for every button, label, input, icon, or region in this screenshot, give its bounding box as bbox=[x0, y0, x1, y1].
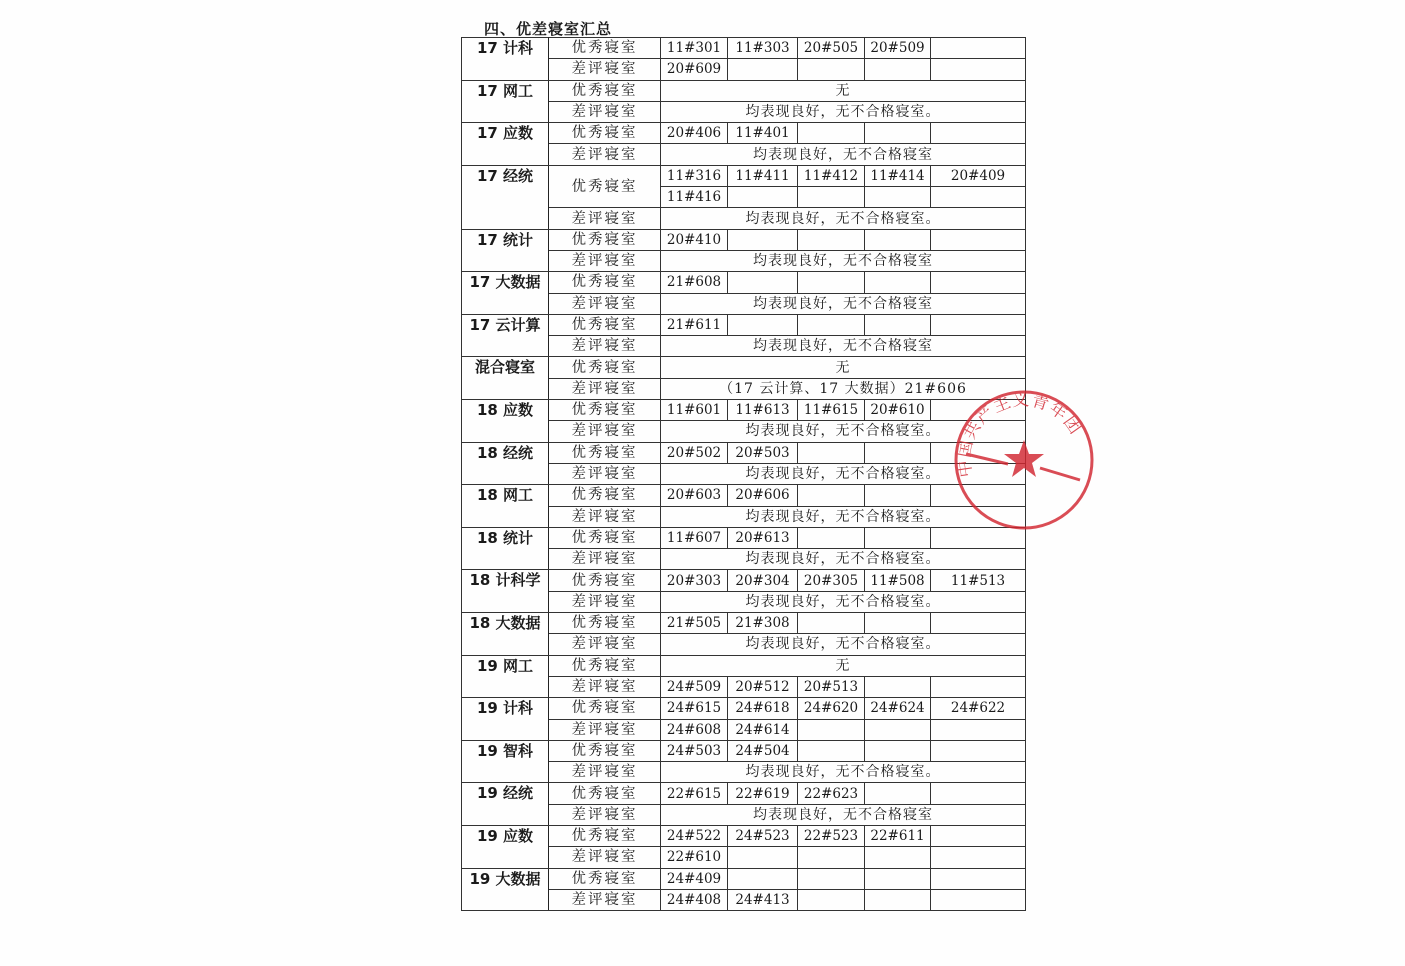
room-cell bbox=[865, 442, 931, 463]
table-row: 18 计科学优秀寝室20#30320#30420#30511#50811#513 bbox=[462, 570, 1026, 591]
class-name-cell: 18 应数 bbox=[462, 400, 549, 443]
room-cell bbox=[728, 59, 798, 80]
summary-text-cell: 均表现良好，无不合格寝室。 bbox=[661, 762, 1026, 783]
summary-text-cell: （17 云计算、17 大数据）21#606 bbox=[661, 378, 1026, 399]
room-cell: 20#603 bbox=[661, 485, 728, 506]
room-cell: 24#413 bbox=[728, 889, 798, 910]
excellent-dorm-label: 优秀寝室 bbox=[549, 38, 661, 59]
room-cell: 20#303 bbox=[661, 570, 728, 591]
poor-dorm-label: 差评寝室 bbox=[549, 336, 661, 357]
room-cell bbox=[865, 847, 931, 868]
summary-text-cell: 均表现良好，无不合格寝室 bbox=[661, 336, 1026, 357]
room-cell: 24#408 bbox=[661, 889, 728, 910]
table-row: 混合寝室优秀寝室无 bbox=[462, 357, 1026, 378]
room-cell bbox=[798, 889, 865, 910]
room-cell: 22#610 bbox=[661, 847, 728, 868]
room-cell: 11#301 bbox=[661, 38, 728, 59]
room-cell bbox=[865, 123, 931, 144]
poor-dorm-label: 差评寝室 bbox=[549, 804, 661, 825]
room-cell: 11#401 bbox=[728, 123, 798, 144]
room-cell bbox=[931, 400, 1026, 421]
class-name-cell: 19 计科 bbox=[462, 698, 549, 741]
room-cell bbox=[728, 314, 798, 335]
room-cell bbox=[931, 314, 1026, 335]
excellent-dorm-label: 优秀寝室 bbox=[549, 314, 661, 335]
room-cell: 11#615 bbox=[798, 400, 865, 421]
excellent-dorm-label: 优秀寝室 bbox=[549, 868, 661, 889]
class-name-cell: 18 统计 bbox=[462, 527, 549, 570]
table-body: 17 计科优秀寝室11#30111#30320#50520#509差评寝室20#… bbox=[462, 38, 1026, 911]
room-cell: 20#613 bbox=[728, 527, 798, 548]
room-cell: 21#611 bbox=[661, 314, 728, 335]
room-cell: 24#504 bbox=[728, 740, 798, 761]
excellent-dorm-label: 优秀寝室 bbox=[549, 527, 661, 548]
excellent-dorm-label: 优秀寝室 bbox=[549, 80, 661, 101]
poor-dorm-label: 差评寝室 bbox=[549, 463, 661, 484]
class-name-cell: 17 统计 bbox=[462, 229, 549, 272]
class-name-cell: 混合寝室 bbox=[462, 357, 549, 400]
room-cell bbox=[865, 868, 931, 889]
room-cell bbox=[798, 442, 865, 463]
room-cell bbox=[931, 485, 1026, 506]
table-row: 17 大数据优秀寝室21#608 bbox=[462, 272, 1026, 293]
room-cell: 11#607 bbox=[661, 527, 728, 548]
room-cell: 11#508 bbox=[865, 570, 931, 591]
room-cell bbox=[798, 527, 865, 548]
summary-text-cell: 均表现良好，无不合格寝室 bbox=[661, 144, 1026, 165]
summary-text-cell: 无 bbox=[661, 655, 1026, 676]
room-cell: 24#503 bbox=[661, 740, 728, 761]
room-cell: 24#522 bbox=[661, 825, 728, 846]
room-cell: 11#613 bbox=[728, 400, 798, 421]
excellent-dorm-label: 优秀寝室 bbox=[549, 165, 661, 208]
room-cell bbox=[798, 719, 865, 740]
room-cell: 11#303 bbox=[728, 38, 798, 59]
summary-text-cell: 均表现良好，无不合格寝室。 bbox=[661, 549, 1026, 570]
room-cell: 22#523 bbox=[798, 825, 865, 846]
poor-dorm-label: 差评寝室 bbox=[549, 208, 661, 229]
room-cell bbox=[865, 314, 931, 335]
room-cell: 22#611 bbox=[865, 825, 931, 846]
room-cell: 24#523 bbox=[728, 825, 798, 846]
excellent-dorm-label: 优秀寝室 bbox=[549, 123, 661, 144]
excellent-dorm-label: 优秀寝室 bbox=[549, 357, 661, 378]
room-cell: 20#406 bbox=[661, 123, 728, 144]
table-row: 19 大数据优秀寝室24#409 bbox=[462, 868, 1026, 889]
room-cell bbox=[931, 783, 1026, 804]
room-cell: 11#513 bbox=[931, 570, 1026, 591]
room-cell: 20#606 bbox=[728, 485, 798, 506]
class-name-cell: 17 经统 bbox=[462, 165, 549, 229]
class-name-cell: 17 计科 bbox=[462, 38, 549, 81]
room-cell: 22#623 bbox=[798, 783, 865, 804]
excellent-dorm-label: 优秀寝室 bbox=[549, 740, 661, 761]
poor-dorm-label: 差评寝室 bbox=[549, 421, 661, 442]
room-cell bbox=[865, 889, 931, 910]
room-cell: 11#316 bbox=[661, 165, 728, 186]
class-name-cell: 18 大数据 bbox=[462, 613, 549, 656]
poor-dorm-label: 差评寝室 bbox=[549, 59, 661, 80]
table-row: 18 经统优秀寝室20#50220#503 bbox=[462, 442, 1026, 463]
room-cell bbox=[931, 59, 1026, 80]
room-cell: 20#513 bbox=[798, 676, 865, 697]
summary-text-cell: 均表现良好，无不合格寝室。 bbox=[661, 591, 1026, 612]
room-cell: 20#305 bbox=[798, 570, 865, 591]
table-row: 18 网工优秀寝室20#60320#606 bbox=[462, 485, 1026, 506]
class-name-cell: 17 网工 bbox=[462, 80, 549, 123]
room-cell: 11#414 bbox=[865, 165, 931, 186]
excellent-dorm-label: 优秀寝室 bbox=[549, 698, 661, 719]
room-cell: 20#609 bbox=[661, 59, 728, 80]
summary-text-cell: 均表现良好，无不合格寝室 bbox=[661, 804, 1026, 825]
poor-dorm-label: 差评寝室 bbox=[549, 847, 661, 868]
room-cell bbox=[798, 272, 865, 293]
excellent-dorm-label: 优秀寝室 bbox=[549, 229, 661, 250]
room-cell bbox=[728, 229, 798, 250]
room-cell bbox=[931, 123, 1026, 144]
poor-dorm-label: 差评寝室 bbox=[549, 144, 661, 165]
summary-text-cell: 均表现良好，无不合格寝室 bbox=[661, 250, 1026, 271]
room-cell: 22#619 bbox=[728, 783, 798, 804]
room-cell bbox=[865, 719, 931, 740]
poor-dorm-label: 差评寝室 bbox=[549, 889, 661, 910]
room-cell: 11#601 bbox=[661, 400, 728, 421]
room-cell bbox=[798, 485, 865, 506]
class-name-cell: 17 大数据 bbox=[462, 272, 549, 315]
room-cell bbox=[865, 613, 931, 634]
table-row: 18 大数据优秀寝室21#50521#308 bbox=[462, 613, 1026, 634]
room-cell: 20#502 bbox=[661, 442, 728, 463]
room-cell: 20#503 bbox=[728, 442, 798, 463]
room-cell bbox=[798, 59, 865, 80]
room-cell bbox=[798, 229, 865, 250]
table-row: 18 应数优秀寝室11#60111#61311#61520#610 bbox=[462, 400, 1026, 421]
room-cell bbox=[798, 187, 865, 208]
section-heading: 四、优差寝室汇总 bbox=[484, 18, 612, 39]
room-cell: 24#409 bbox=[661, 868, 728, 889]
document-page: 四、优差寝室汇总 17 计科优秀寝室11#30111#30320#50520#5… bbox=[0, 0, 1405, 966]
summary-text-cell: 均表现良好，无不合格寝室。 bbox=[661, 421, 1026, 442]
poor-dorm-label: 差评寝室 bbox=[549, 250, 661, 271]
room-cell bbox=[865, 272, 931, 293]
class-name-cell: 18 计科学 bbox=[462, 570, 549, 613]
table-row: 17 计科优秀寝室11#30111#30320#50520#509 bbox=[462, 38, 1026, 59]
excellent-dorm-label: 优秀寝室 bbox=[549, 272, 661, 293]
room-cell bbox=[931, 38, 1026, 59]
room-cell: 21#505 bbox=[661, 613, 728, 634]
room-cell bbox=[865, 740, 931, 761]
room-cell bbox=[931, 825, 1026, 846]
room-cell bbox=[798, 740, 865, 761]
room-cell bbox=[798, 123, 865, 144]
room-cell bbox=[728, 272, 798, 293]
summary-text-cell: 均表现良好，无不合格寝室。 bbox=[661, 634, 1026, 655]
table-row: 19 计科优秀寝室24#61524#61824#62024#62424#622 bbox=[462, 698, 1026, 719]
summary-text-cell: 均表现良好，无不合格寝室 bbox=[661, 293, 1026, 314]
room-cell bbox=[931, 527, 1026, 548]
table-row: 19 智科优秀寝室24#50324#504 bbox=[462, 740, 1026, 761]
room-cell bbox=[728, 847, 798, 868]
summary-text-cell: 均表现良好，无不合格寝室。 bbox=[661, 208, 1026, 229]
room-cell bbox=[798, 868, 865, 889]
table-row: 17 云计算优秀寝室21#611 bbox=[462, 314, 1026, 335]
room-cell bbox=[931, 868, 1026, 889]
room-cell: 11#416 bbox=[661, 187, 728, 208]
room-cell: 24#618 bbox=[728, 698, 798, 719]
room-cell bbox=[931, 719, 1026, 740]
room-cell bbox=[728, 868, 798, 889]
room-cell: 24#608 bbox=[661, 719, 728, 740]
room-cell bbox=[798, 847, 865, 868]
summary-text-cell: 均表现良好，无不合格寝室。 bbox=[661, 506, 1026, 527]
table-row: 19 网工优秀寝室无 bbox=[462, 655, 1026, 676]
poor-dorm-label: 差评寝室 bbox=[549, 293, 661, 314]
room-cell: 11#412 bbox=[798, 165, 865, 186]
table-row: 17 经统优秀寝室11#31611#41111#41211#41420#409 bbox=[462, 165, 1026, 186]
room-cell: 21#308 bbox=[728, 613, 798, 634]
poor-dorm-label: 差评寝室 bbox=[549, 762, 661, 783]
room-cell: 20#509 bbox=[865, 38, 931, 59]
room-cell: 24#624 bbox=[865, 698, 931, 719]
excellent-dorm-label: 优秀寝室 bbox=[549, 485, 661, 506]
poor-dorm-label: 差评寝室 bbox=[549, 101, 661, 122]
room-cell: 20#409 bbox=[931, 165, 1026, 186]
summary-text-cell: 均表现良好，无不合格寝室。 bbox=[661, 463, 1026, 484]
room-cell bbox=[931, 229, 1026, 250]
poor-dorm-label: 差评寝室 bbox=[549, 378, 661, 399]
excellent-dorm-label: 优秀寝室 bbox=[549, 825, 661, 846]
excellent-dorm-label: 优秀寝室 bbox=[549, 442, 661, 463]
room-cell bbox=[865, 485, 931, 506]
room-cell bbox=[865, 229, 931, 250]
room-cell: 24#614 bbox=[728, 719, 798, 740]
room-cell: 20#505 bbox=[798, 38, 865, 59]
room-cell bbox=[865, 527, 931, 548]
table-row: 18 统计优秀寝室11#60720#613 bbox=[462, 527, 1026, 548]
room-cell: 20#410 bbox=[661, 229, 728, 250]
poor-dorm-label: 差评寝室 bbox=[549, 591, 661, 612]
class-name-cell: 17 云计算 bbox=[462, 314, 549, 357]
class-name-cell: 19 应数 bbox=[462, 825, 549, 868]
room-cell: 24#622 bbox=[931, 698, 1026, 719]
summary-text-cell: 均表现良好，无不合格寝室。 bbox=[661, 101, 1026, 122]
room-cell bbox=[865, 783, 931, 804]
room-cell bbox=[931, 613, 1026, 634]
class-name-cell: 19 经统 bbox=[462, 783, 549, 826]
room-cell bbox=[931, 676, 1026, 697]
room-cell bbox=[931, 187, 1026, 208]
room-cell bbox=[931, 740, 1026, 761]
poor-dorm-label: 差评寝室 bbox=[549, 634, 661, 655]
class-name-cell: 19 智科 bbox=[462, 740, 549, 783]
poor-dorm-label: 差评寝室 bbox=[549, 719, 661, 740]
class-name-cell: 19 网工 bbox=[462, 655, 549, 698]
dorm-summary-table: 17 计科优秀寝室11#30111#30320#50520#509差评寝室20#… bbox=[461, 37, 1026, 911]
room-cell: 24#620 bbox=[798, 698, 865, 719]
room-cell bbox=[798, 314, 865, 335]
room-cell: 11#411 bbox=[728, 165, 798, 186]
class-name-cell: 18 网工 bbox=[462, 485, 549, 528]
room-cell: 20#512 bbox=[728, 676, 798, 697]
room-cell bbox=[931, 889, 1026, 910]
excellent-dorm-label: 优秀寝室 bbox=[549, 655, 661, 676]
room-cell: 24#509 bbox=[661, 676, 728, 697]
poor-dorm-label: 差评寝室 bbox=[549, 676, 661, 697]
room-cell bbox=[728, 187, 798, 208]
class-name-cell: 18 经统 bbox=[462, 442, 549, 485]
class-name-cell: 17 应数 bbox=[462, 123, 549, 166]
excellent-dorm-label: 优秀寝室 bbox=[549, 783, 661, 804]
excellent-dorm-label: 优秀寝室 bbox=[549, 400, 661, 421]
room-cell: 24#615 bbox=[661, 698, 728, 719]
room-cell bbox=[931, 442, 1026, 463]
room-cell: 20#304 bbox=[728, 570, 798, 591]
room-cell bbox=[931, 272, 1026, 293]
room-cell bbox=[865, 676, 931, 697]
table-row: 17 统计优秀寝室20#410 bbox=[462, 229, 1026, 250]
summary-text-cell: 无 bbox=[661, 357, 1026, 378]
room-cell bbox=[798, 613, 865, 634]
room-cell bbox=[931, 847, 1026, 868]
class-name-cell: 19 大数据 bbox=[462, 868, 549, 911]
room-cell: 22#615 bbox=[661, 783, 728, 804]
poor-dorm-label: 差评寝室 bbox=[549, 506, 661, 527]
excellent-dorm-label: 优秀寝室 bbox=[549, 613, 661, 634]
room-cell: 21#608 bbox=[661, 272, 728, 293]
room-cell bbox=[865, 59, 931, 80]
room-cell bbox=[865, 187, 931, 208]
room-cell: 20#610 bbox=[865, 400, 931, 421]
excellent-dorm-label: 优秀寝室 bbox=[549, 570, 661, 591]
table-row: 17 应数优秀寝室20#40611#401 bbox=[462, 123, 1026, 144]
summary-text-cell: 无 bbox=[661, 80, 1026, 101]
table-row: 19 经统优秀寝室22#61522#61922#623 bbox=[462, 783, 1026, 804]
table-row: 19 应数优秀寝室24#52224#52322#52322#611 bbox=[462, 825, 1026, 846]
poor-dorm-label: 差评寝室 bbox=[549, 549, 661, 570]
table-row: 17 网工优秀寝室无 bbox=[462, 80, 1026, 101]
